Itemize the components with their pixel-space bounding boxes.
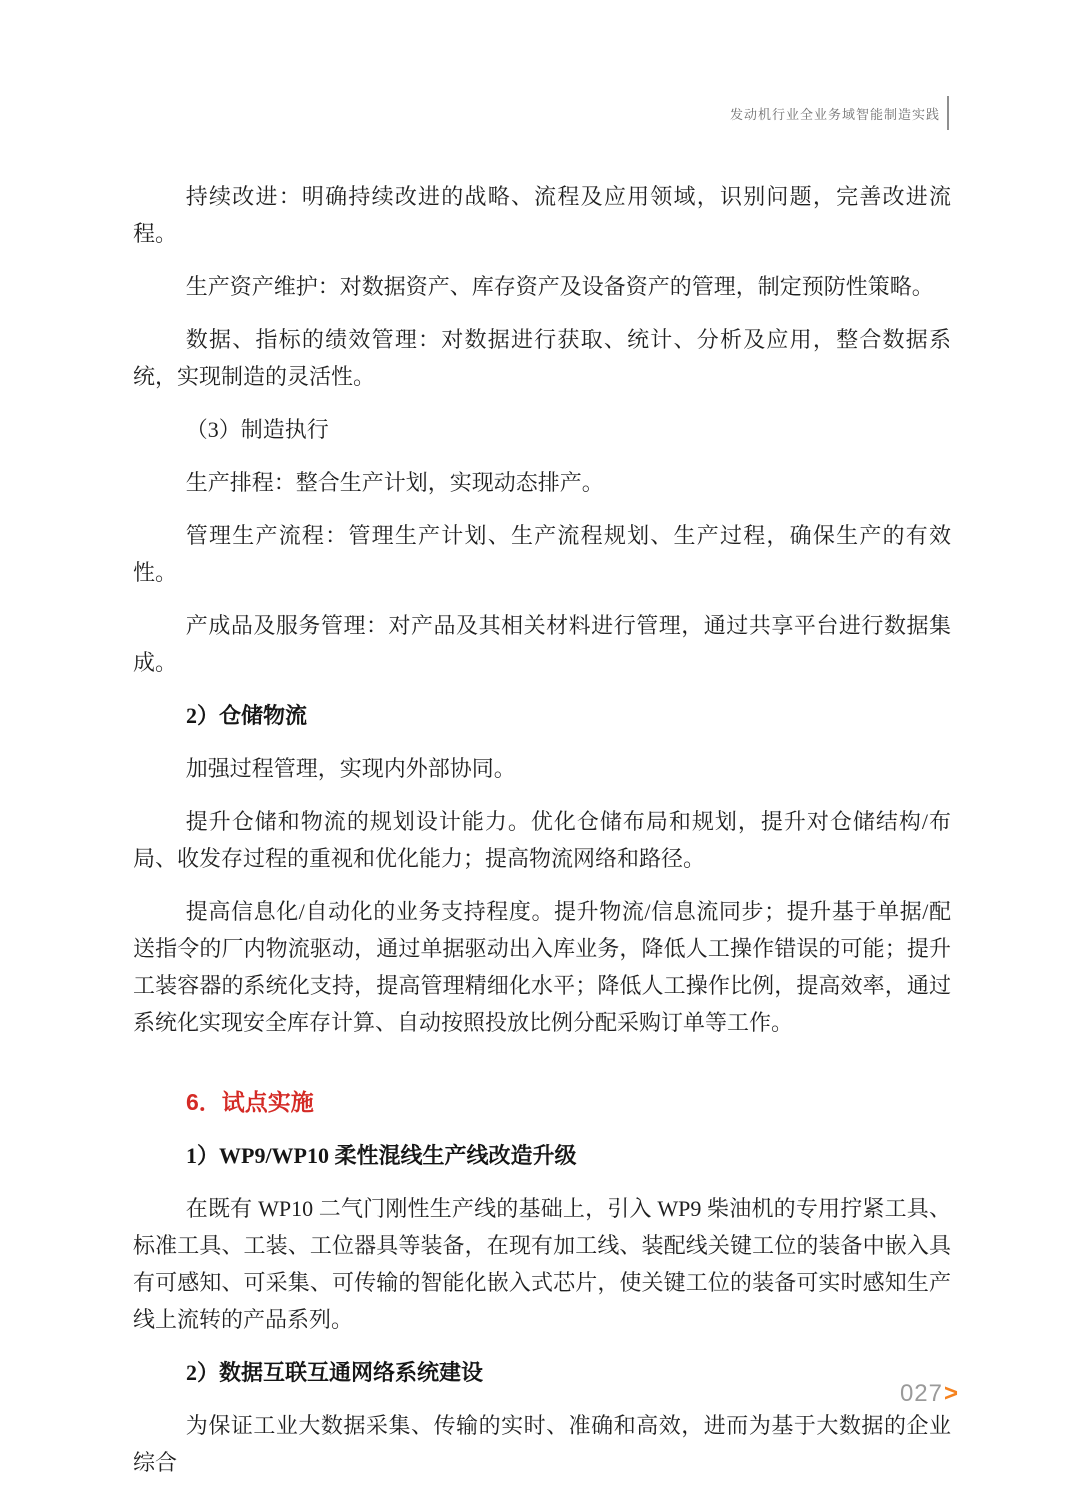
running-title: 发动机行业全业务域智能制造实践 (730, 104, 940, 123)
paragraph-manage-production-process: 管理生产流程：管理生产计划、生产流程规划、生产过程，确保生产的有效性。 (133, 517, 951, 591)
header-rule-divider (947, 96, 949, 130)
paragraph-finished-goods-service: 产成品及服务管理：对产品及其相关材料进行管理，通过共享平台进行数据集成。 (133, 607, 951, 681)
paragraph-wp10-line-detail: 在既有 WP10 二气门刚性生产线的基础上，引入 WP9 柴油机的专用拧紧工具、… (133, 1190, 951, 1338)
paragraph-production-scheduling: 生产排程：整合生产计划，实现动态排产。 (133, 464, 951, 501)
paragraph-industrial-big-data: 为保证工业大数据采集、传输的实时、准确和高效，进而为基于大数据的企业综合 (133, 1407, 951, 1481)
section-heading-pilot-implementation: 6．试点实施 (133, 1084, 951, 1121)
paragraph-data-kpi-performance: 数据、指标的绩效管理：对数据进行获取、统计、分析及应用，整合数据系统，实现制造的… (133, 321, 951, 395)
paragraph-manufacturing-execution-label: （3）制造执行 (133, 411, 951, 448)
paragraph-process-management: 加强过程管理，实现内外部协同。 (133, 750, 951, 787)
page-footer: 027 > (900, 1380, 958, 1408)
subheading-wp9-wp10-line-upgrade: 1）WP9/WP10 柔性混线生产线改造升级 (133, 1137, 951, 1174)
page-header: 发动机行业全业务域智能制造实践 (730, 96, 949, 130)
paragraph-continuous-improvement: 持续改进：明确持续改进的战略、流程及应用领域，识别问题，完善改进流程。 (133, 178, 951, 252)
page-content: 持续改进：明确持续改进的战略、流程及应用领域，识别问题，完善改进流程。 生产资产… (133, 178, 951, 1497)
page-number: 027 (900, 1380, 943, 1408)
next-page-arrow-icon: > (944, 1380, 958, 1408)
document-page: 发动机行业全业务域智能制造实践 持续改进：明确持续改进的战略、流程及应用领域，识… (0, 0, 1080, 1504)
subheading-data-interconnect-network: 2）数据互联互通网络系统建设 (133, 1354, 951, 1391)
paragraph-production-asset-maintenance: 生产资产维护：对数据资产、库存资产及设备资产的管理，制定预防性策略。 (133, 268, 951, 305)
subheading-warehouse-logistics: 2）仓储物流 (133, 697, 951, 734)
paragraph-informatization-automation: 提高信息化/自动化的业务支持程度。提升物流/信息流同步；提升基于单据/配送指令的… (133, 893, 951, 1041)
paragraph-warehouse-planning: 提升仓储和物流的规划设计能力。优化仓储布局和规划，提升对仓储结构/布局、收发存过… (133, 803, 951, 877)
